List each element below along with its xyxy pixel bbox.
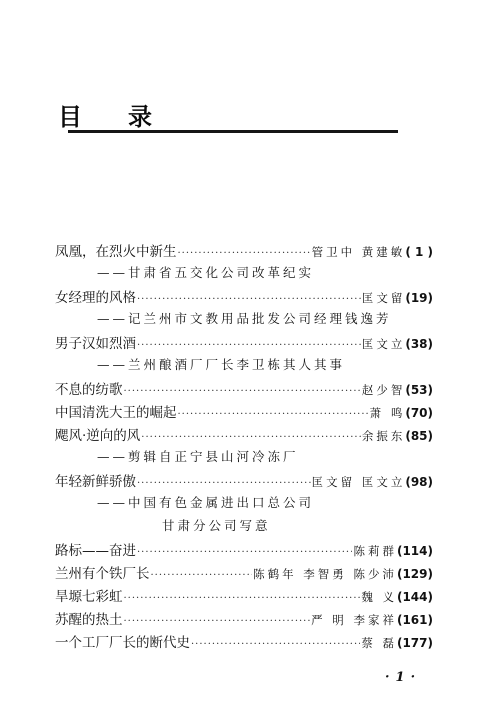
- toc-entry[interactable]: 男子汉如烈酒 匡文立 (38): [55, 332, 433, 355]
- entry-title: 旱塬七彩虹: [55, 585, 123, 605]
- entry-title: 凤凰，在烈火中新生: [55, 240, 177, 260]
- entry-page: (144): [397, 590, 433, 604]
- entry-authors: 魏 义: [361, 589, 397, 605]
- toc-entry[interactable]: 旱塬七彩虹 魏 义 (144): [55, 585, 433, 608]
- leader-dots: [137, 340, 361, 351]
- entry-page: (161): [397, 613, 433, 627]
- toc-entry[interactable]: 路标——奋进 陈莉群 (114): [55, 539, 433, 562]
- entry-title: 不息的纺歌: [55, 378, 123, 398]
- entry-subtitle: ——记兰州市文教用品批发公司经理钱逸芳: [55, 309, 433, 332]
- title-rule: [68, 130, 398, 133]
- entry-subtitle-continued: 甘肃分公司写意: [55, 516, 433, 539]
- entry-authors: 赵少智: [362, 382, 406, 398]
- leader-dots: [178, 248, 311, 259]
- entry-authors: 管卫中 黄建敏: [312, 244, 406, 260]
- leader-dots: [137, 478, 311, 489]
- page-number: ·1·: [385, 670, 421, 685]
- leader-dots: [191, 639, 360, 650]
- toc-entry[interactable]: 凤凰，在烈火中新生 管卫中 黄建敏 ( 1 ): [55, 240, 433, 263]
- entry-title: 中国清洗大王的崛起: [55, 401, 177, 421]
- entry-subtitle: ——甘肃省五交化公司改革纪实: [55, 263, 433, 286]
- entry-page: (98): [405, 475, 433, 489]
- leader-dots: [124, 386, 361, 397]
- entry-authors: 严 明 李家祥: [311, 612, 397, 628]
- entry-subtitle: ——兰州酿酒厂厂长李卫栋其人其事: [55, 355, 433, 378]
- entry-subtitle: ——剪辑自正宁县山河冷冻厂: [55, 447, 433, 470]
- entry-title: 苏醒的热土: [55, 608, 123, 628]
- leader-dots: [141, 432, 361, 443]
- entry-authors: 萧 鸣: [370, 405, 406, 421]
- entry-title: 年轻新鲜骄傲: [55, 470, 136, 490]
- toc-entry[interactable]: 一个工厂厂长的断代史 蔡 磊 (177): [55, 631, 433, 654]
- entry-page: (19): [405, 291, 433, 305]
- entry-page: (129): [397, 567, 433, 581]
- entry-authors: 匡文立: [362, 336, 406, 352]
- entry-authors: 陈莉群: [353, 543, 397, 559]
- entry-authors: 匡文留: [362, 290, 406, 306]
- entry-page: (114): [397, 544, 433, 558]
- toc-entry[interactable]: 兰州有个铁厂长 陈鹤年 李智勇 陈少沛 (129): [55, 562, 433, 585]
- toc-entry[interactable]: 中国清洗大王的崛起 萧 鸣 (70): [55, 401, 433, 424]
- entry-title: 一个工厂厂长的断代史: [55, 631, 190, 651]
- toc-entry[interactable]: 苏醒的热土 严 明 李家祥 (161): [55, 608, 433, 631]
- leader-dots: [137, 294, 361, 305]
- entry-page: (53): [405, 383, 433, 397]
- toc-entry[interactable]: 女经理的风格 匡文留 (19): [55, 286, 433, 309]
- leader-dots: [124, 593, 361, 604]
- entry-page: (177): [397, 636, 433, 650]
- entry-title: 男子汉如烈酒: [55, 332, 136, 352]
- leader-dots: [137, 547, 352, 558]
- leader-dots: [178, 409, 369, 420]
- title-char-2: 录: [128, 103, 152, 131]
- toc-entry[interactable]: 不息的纺歌 赵少智 (53): [55, 378, 433, 401]
- page-title: 目录: [58, 97, 152, 132]
- entry-title: 女经理的风格: [55, 286, 136, 306]
- leader-dots: [124, 616, 311, 627]
- entry-page: (70): [405, 406, 433, 420]
- table-of-contents: 凤凰，在烈火中新生 管卫中 黄建敏 ( 1 ) ——甘肃省五交化公司改革纪实 女…: [55, 240, 433, 654]
- toc-entry[interactable]: 飔风·逆向的风 余振东 (85): [55, 424, 433, 447]
- leader-dots: [151, 570, 253, 581]
- entry-title: 飔风·逆向的风: [55, 424, 140, 444]
- entry-page: (85): [405, 429, 433, 443]
- entry-authors: 余振东: [362, 428, 406, 444]
- title-char-1: 目: [58, 103, 82, 131]
- entry-page: (38): [405, 337, 433, 351]
- entry-title: 兰州有个铁厂长: [55, 562, 150, 582]
- toc-entry[interactable]: 年轻新鲜骄傲 匡文留 匡文立 (98): [55, 470, 433, 493]
- entry-authors: 蔡 磊: [361, 635, 397, 651]
- entry-authors: 陈鹤年 李智勇 陈少沛: [253, 566, 397, 582]
- entry-subtitle: ——中国有色金属进出口总公司: [55, 493, 433, 516]
- entry-authors: 匡文留 匡文立: [312, 474, 406, 490]
- entry-page: ( 1 ): [405, 245, 433, 259]
- entry-title: 路标——奋进: [55, 539, 136, 559]
